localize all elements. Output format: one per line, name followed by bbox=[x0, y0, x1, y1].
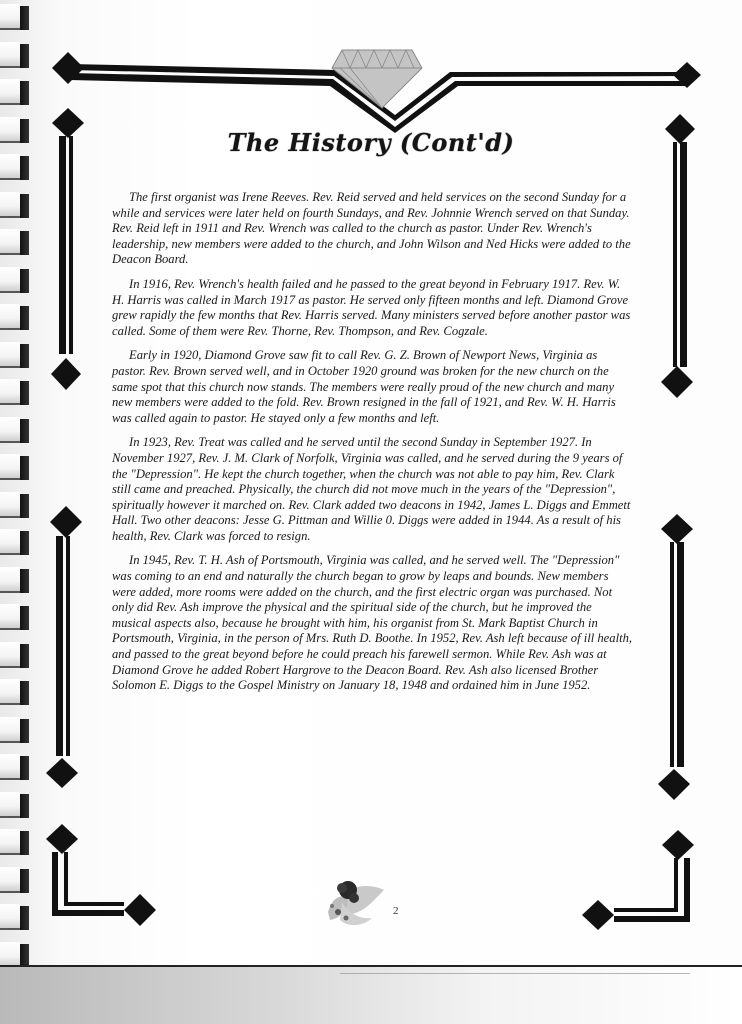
spiral-coil bbox=[0, 942, 30, 968]
spiral-coil bbox=[0, 529, 30, 555]
paragraph: In 1945, Rev. T. H. Ash of Portsmouth, V… bbox=[112, 553, 632, 693]
spiral-coil bbox=[0, 417, 30, 443]
spiral-coil bbox=[0, 867, 30, 893]
paragraph: In 1923, Rev. Treat was called and he se… bbox=[112, 435, 632, 544]
page-edge bbox=[340, 968, 690, 974]
spiral-coil bbox=[0, 454, 30, 480]
flower-icon bbox=[318, 868, 390, 930]
spiral-coil bbox=[0, 229, 30, 255]
spiral-coil bbox=[0, 42, 30, 68]
spiral-coil bbox=[0, 304, 30, 330]
spiral-coil bbox=[0, 492, 30, 518]
spiral-coil bbox=[0, 4, 30, 30]
spiral-coil bbox=[0, 267, 30, 293]
spiral-coil bbox=[0, 192, 30, 218]
spiral-coil bbox=[0, 154, 30, 180]
paragraph: In 1916, Rev. Wrench's health failed and… bbox=[112, 277, 632, 339]
spiral-coil bbox=[0, 342, 30, 368]
history-text: The first organist was Irene Reeves. Rev… bbox=[112, 190, 632, 703]
spiral-coil bbox=[0, 904, 30, 930]
spiral-coil bbox=[0, 79, 30, 105]
page-number: 2 bbox=[393, 905, 399, 917]
spiral-coil bbox=[0, 717, 30, 743]
spiral-coil bbox=[0, 792, 30, 818]
spiral-coil bbox=[0, 604, 30, 630]
spiral-coil bbox=[0, 567, 30, 593]
paragraph: The first organist was Irene Reeves. Rev… bbox=[112, 190, 632, 268]
spiral-coil bbox=[0, 642, 30, 668]
spiral-coil bbox=[0, 754, 30, 780]
spiral-coil bbox=[0, 379, 30, 405]
spiral-coil bbox=[0, 829, 30, 855]
spiral-coil bbox=[0, 679, 30, 705]
page-title: The History (Cont'd) bbox=[0, 128, 742, 157]
paragraph: Early in 1920, Diamond Grove saw fit to … bbox=[112, 348, 632, 426]
